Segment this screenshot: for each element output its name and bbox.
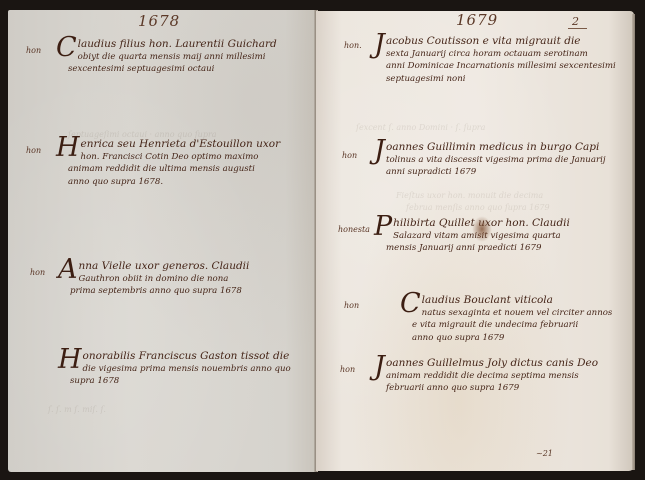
entry-line: tolinus a vita discessit vigesima prima …	[386, 154, 605, 167]
register-entry: C laudius filius hon. Laurentii Guichard…	[68, 38, 267, 76]
entry-initial: H	[56, 138, 80, 158]
entry-initial: A	[58, 260, 78, 280]
margin-note: hon	[30, 268, 45, 277]
manuscript-spread: ſeptuageſimi octaui · anno quo ſupra ſ. …	[0, 0, 645, 480]
entry-line: animam reddidit die decima septima mensi…	[386, 370, 598, 383]
year-header: 1679	[456, 11, 498, 29]
margin-note: honesta	[338, 225, 370, 234]
entry-initial: J	[374, 141, 385, 161]
register-entry: C laudius Bouclant viticola natus sexagi…	[412, 294, 603, 344]
entry-line: nna Vielle uxor generos. Claudii	[70, 260, 242, 273]
entry-line: anni Dominicae Incarnationis millesimi s…	[386, 60, 616, 73]
entry-line: acobus Coutisson e vita migrauit die	[386, 35, 616, 48]
entry-line: sexta Januarij circa horam octauam serot…	[386, 48, 616, 61]
entry-initial: H	[58, 350, 82, 370]
register-entry: J oannes Guillelmus Joly dictus canis De…	[386, 357, 598, 395]
entry-line: animam reddidit die ultima mensis august…	[68, 163, 268, 176]
footer-mark: ~21	[536, 449, 553, 458]
entry-line: laudius Bouclant viticola	[412, 294, 603, 307]
entry-initial: C	[56, 38, 77, 58]
entry-line: Gauthron obiit in domino die nona	[70, 273, 242, 286]
entry-line: mensis Januarij anni praedicti 1679	[386, 242, 563, 255]
entry-line: enrica seu Henrieta d'Estouillon uxor	[68, 138, 268, 151]
entry-line: hon. Francisci Cotin Deo optimo maximo	[68, 151, 268, 164]
entry-line: septuagesimi noni	[386, 73, 616, 86]
entry-line: e vita migrauit die undecima februarii	[412, 319, 603, 332]
entry-line: obiyt die quarta mensis maij anni milles…	[68, 51, 267, 64]
entry-line: onorabilis Franciscus Gaston tissot die	[70, 350, 278, 363]
margin-note: hon	[26, 146, 41, 155]
entry-initial: P	[374, 217, 392, 237]
register-entry: J oannes Guillimin medicus in burgo Capi…	[386, 141, 605, 179]
margin-note: hon	[26, 46, 41, 55]
entry-line: sexcentesimi septuagesimi octaui	[68, 63, 267, 76]
margin-note: hon.	[344, 41, 362, 50]
register-entry: H onorabilis Franciscus Gaston tissot di…	[70, 350, 278, 388]
entry-line: anno quo supra 1679	[412, 332, 603, 345]
entry-line: natus sexaginta et nouem vel circiter an…	[412, 307, 603, 320]
year-header: 1678	[138, 12, 180, 30]
entry-line: oannes Guillelmus Joly dictus canis Deo	[386, 357, 598, 370]
entry-line: februarii anno quo supra 1679	[386, 382, 598, 395]
entry-line: oannes Guillimin medicus in burgo Capi	[386, 141, 605, 154]
register-entry: J acobus Coutisson e vita migrauit die s…	[386, 35, 616, 85]
entry-line: anno quo supra 1678.	[68, 176, 268, 189]
ink-stain	[472, 216, 492, 242]
register-entry: A nna Vielle uxor generos. Claudii Gauth…	[70, 260, 242, 298]
entry-initial: J	[374, 357, 385, 377]
entry-line: supra 1678	[70, 375, 278, 388]
entry-initial: C	[400, 294, 421, 314]
entry-line: die vigesima prima mensis nouembris anno…	[70, 363, 278, 376]
right-page: ſexcent ſ. anno Domini · ſ. ſupra Fieſtu…	[316, 11, 634, 471]
entry-line: laudius filius hon. Laurentii Guichard	[68, 38, 267, 51]
entry-line: anni supradicti 1679	[386, 166, 605, 179]
margin-note: hon	[342, 151, 357, 160]
margin-note: hon	[340, 365, 355, 374]
folio-number: 2	[568, 15, 587, 29]
register-entry: H enrica seu Henrieta d'Estouillon uxor …	[68, 138, 268, 188]
margin-note: hon	[344, 301, 359, 310]
left-page: ſeptuageſimi octaui · anno quo ſupra ſ. …	[8, 10, 316, 472]
entry-line: prima septembris anno quo supra 1678	[70, 285, 242, 298]
entry-initial: J	[374, 35, 385, 55]
page-edge	[632, 14, 635, 470]
